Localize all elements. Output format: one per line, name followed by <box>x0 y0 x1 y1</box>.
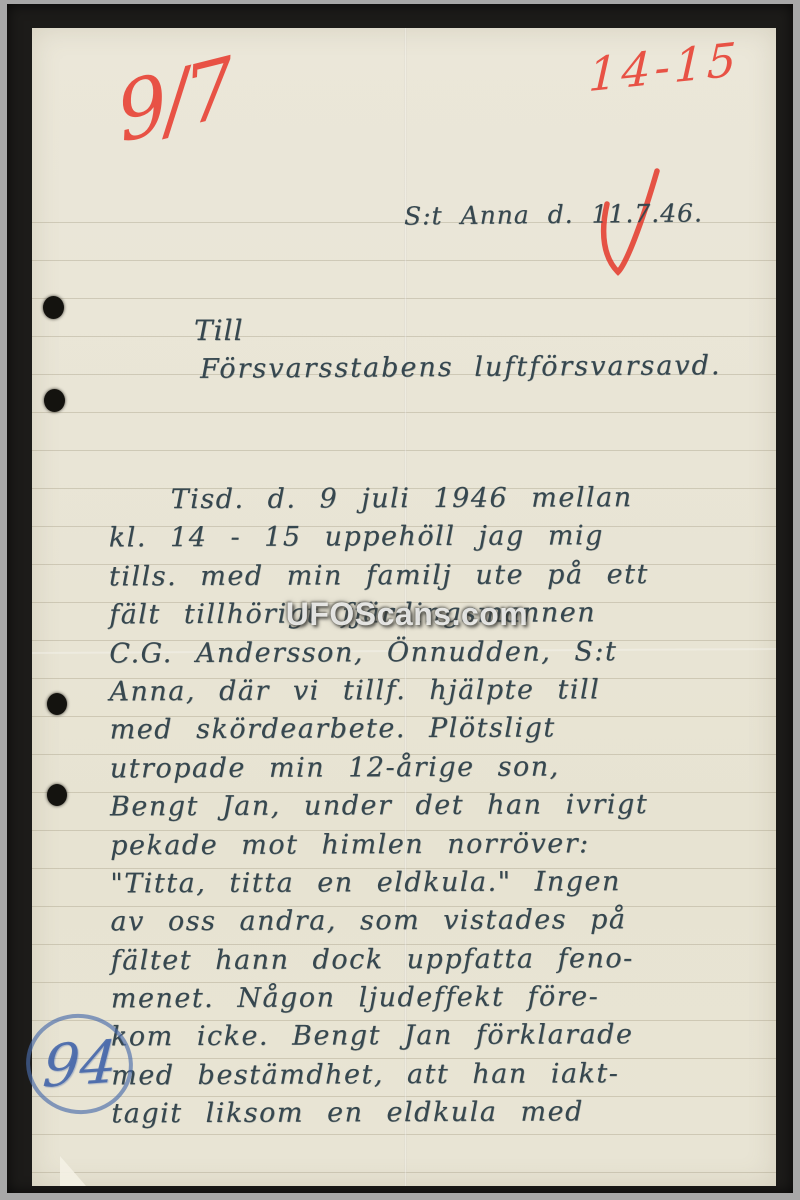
handwritten-line: menet. Någon ljudeffekt före- <box>111 978 759 1019</box>
handwritten-line: tagit liksom en eldkula med <box>111 1093 759 1134</box>
scan-background: 9/7 14-15 S:t Anna d. 11.7.46. Till Förs… <box>0 0 800 1200</box>
hole-punch <box>47 693 67 715</box>
watermark: UFOScans.com <box>284 596 530 633</box>
blue-archive-number: 94 <box>40 1027 118 1101</box>
handwritten-line: av oss andra, som vistades på <box>110 901 758 942</box>
handwritten-line: pekade mot himlen norröver: <box>110 824 758 865</box>
handwritten-line: tills. med min familj ute på ett <box>109 555 757 596</box>
handwritten-line: kom icke. Bengt Jan förklarade <box>111 1016 759 1057</box>
addressee-line: Försvarsstabens luftförsvarsavd. <box>200 350 722 385</box>
red-annotation-date: 9/7 <box>111 40 237 161</box>
place-date-line: S:t Anna d. 11.7.46. <box>404 198 703 230</box>
hole-punch <box>43 296 64 319</box>
red-annotation-time: 14-15 <box>587 32 741 102</box>
letter-page: 9/7 14-15 S:t Anna d. 11.7.46. Till Förs… <box>32 28 776 1186</box>
handwritten-line: Bengt Jan, under det han ivrigt <box>110 786 758 827</box>
torn-corner <box>60 1156 86 1186</box>
handwritten-line: med skördearbete. Plötsligt <box>110 709 758 750</box>
salutation: Till <box>194 314 244 347</box>
handwritten-line: C.G. Andersson, Önnudden, S:t <box>109 632 757 673</box>
handwritten-line: Tisd. d. 9 juli 1946 mellan <box>109 479 757 520</box>
handwritten-line: Anna, där vi tillf. hjälpte till <box>109 671 757 712</box>
letter-body: Tisd. d. 9 juli 1946 mellan kl. 14 - 15 … <box>109 479 760 1134</box>
handwritten-line: kl. 14 - 15 uppehöll jag mig <box>109 517 757 558</box>
handwritten-line: "Titta, titta en eldkula." Ingen <box>110 862 758 903</box>
album-mat: 9/7 14-15 S:t Anna d. 11.7.46. Till Förs… <box>7 4 793 1193</box>
handwritten-line: utropade min 12-årige son, <box>110 747 758 788</box>
handwritten-line: med bestämdhet, att han iakt- <box>111 1054 759 1095</box>
handwritten-line: fältet hann dock uppfatta feno- <box>111 939 759 980</box>
hole-punch <box>47 784 67 806</box>
hole-punch <box>44 389 65 412</box>
